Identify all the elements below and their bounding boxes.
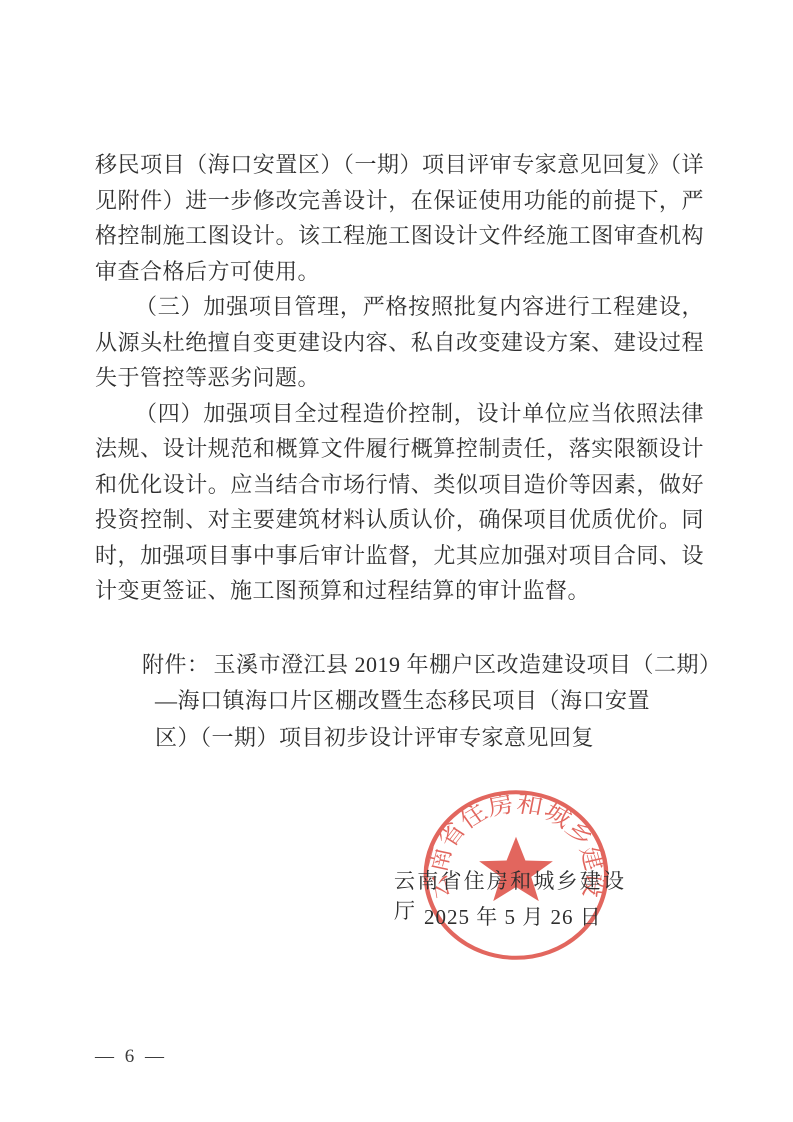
body-line-paragraph-three-start: （三）加强项目管理，严格按照批复内容进行工程建设， bbox=[95, 289, 704, 325]
body-line: 计变更签证、施工图预算和过程结算的审计监督。 bbox=[95, 573, 704, 609]
signature-date: 2025 年 5 月 26 日 bbox=[424, 902, 602, 932]
body-line: 和优化设计。应当结合市场行情、类似项目造价等因素，做好 bbox=[95, 467, 704, 503]
body-line: 时，加强项目事中事后审计监督，尤其应加强对项目合同、设 bbox=[95, 538, 704, 574]
body-paragraphs: 移民项目（海口安置区）（一期）项目评审专家意见回复》（详 见附件）进一步修改完善… bbox=[95, 147, 704, 609]
body-line-paragraph-four-start: （四）加强项目全过程造价控制，设计单位应当依照法律 bbox=[95, 396, 704, 432]
body-line: 法规、设计规范和概算文件履行概算控制责任，落实限额设计 bbox=[95, 431, 704, 467]
page-number: — 6 — bbox=[95, 1046, 167, 1068]
body-line: 投资控制、对主要建筑材料认质认价，确保项目优质优价。同 bbox=[95, 502, 704, 538]
attachment-label: 附件： bbox=[142, 652, 210, 677]
body-line: 格控制施工图设计。该工程施工图设计文件经施工图审查机构 bbox=[95, 218, 704, 254]
document-page: 移民项目（海口安置区）（一期）项目评审专家意见回复》（详 见附件）进一步修改完善… bbox=[0, 0, 793, 1122]
body-line: 见附件）进一步修改完善设计，在保证使用功能的前提下，严 bbox=[95, 183, 704, 219]
attachment-block: 附件：玉溪市澄江县 2019 年棚户区改造建设项目（二期） —海口镇海口片区棚改… bbox=[142, 647, 712, 756]
attachment-title-line: 玉溪市澄江县 2019 年棚户区改造建设项目（二期） bbox=[214, 652, 722, 677]
body-line: 移民项目（海口安置区）（一期）项目评审专家意见回复》（详 bbox=[95, 147, 704, 183]
attachment-line: —海口镇海口片区棚改暨生态移民项目（海口安置 bbox=[155, 683, 712, 719]
attachment-line: 区）（一期）项目初步设计评审专家意见回复 bbox=[155, 720, 712, 756]
body-line: 失于管控等恶劣问题。 bbox=[95, 360, 704, 396]
body-line: 从源头杜绝擅自变更建设内容、私自改变建设方案、建设过程 bbox=[95, 325, 704, 361]
attachment-line: 附件：玉溪市澄江县 2019 年棚户区改造建设项目（二期） bbox=[142, 647, 712, 683]
body-line: 审查合格后方可使用。 bbox=[95, 254, 704, 290]
